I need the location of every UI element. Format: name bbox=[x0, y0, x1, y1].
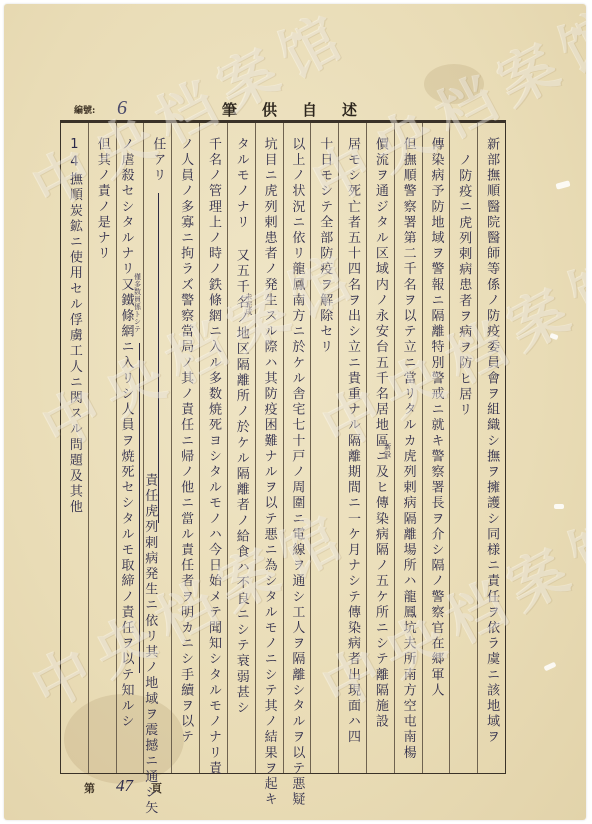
handwritten-line: 千名ノ管理上ノ時ノ鉄條網ニ入ル多数焼死ヨシタルモノハ今日始メテ聞知シタルモノナリ… bbox=[207, 137, 220, 777]
title-char: 述 bbox=[342, 99, 357, 120]
manuscript-column: 但其ノ責ノ是ナリ bbox=[88, 123, 116, 773]
margin-annotation: 僅多数員係トシテ bbox=[132, 273, 142, 333]
manuscript-column: ノ人員ノ多寡ニ拘ラズ警察當局ノ其ノ責任ニ帰ノ他ニ當ル責任者ヲ明カニシ手續ヲ以テ bbox=[171, 123, 199, 773]
handwritten-line: 十日モシテ全部防疫ヲ解除セリ bbox=[318, 137, 331, 355]
manuscript-column: 但撫順警察署第二千名ヲ以テ立ニ當リタルカ虎列剌病隔離場所ハ龍鳳坑夫所南方空屯南楊 bbox=[394, 123, 422, 773]
manuscript-column: 居モシ死亡者五十四名ヲ出シ立ニ貴重ナル隔離期間ニ一ケ月ナシテ傳染病者出現面ハ四 bbox=[338, 123, 366, 773]
handwritten-line: 14撫順炭鉱ニ使用セル俘虜工人ニ関スル問題及其他 bbox=[68, 137, 81, 515]
manuscript-column: 任アリ責任虎列剌病発生ニ依リ其ノ地域ヲ震撼ニ通シ矢 bbox=[143, 123, 171, 773]
document-title: 筆 供 自 述 bbox=[222, 99, 357, 120]
manuscript-column: タルモノナリ 又五千名ノ地区隔離所ノ於ケル隔離者ノ給食ハ不良ニシテ衰弱甚シ未完成 bbox=[227, 123, 255, 773]
title-char: 筆 bbox=[222, 99, 237, 120]
manuscript-column: 千名ノ管理上ノ時ノ鉄條網ニ入ル多数焼死ヨシタルモノハ今日始メテ聞知シタルモノナリ… bbox=[199, 123, 227, 773]
manuscript-column: ノ防疫ニ虎列剌病患者ヲ病ヲ防ヒ居リ bbox=[449, 123, 477, 773]
paper-damage bbox=[555, 180, 570, 189]
page-number: 47 bbox=[116, 776, 133, 796]
page-prefix: 第 bbox=[84, 780, 95, 796]
paper-damage bbox=[554, 504, 564, 509]
handwritten-line: 任アリ bbox=[151, 137, 164, 184]
title-char: 自 bbox=[302, 99, 317, 120]
handwritten-line: 價流ヲ通ジタル区域内ノ永安台五千名居地區ニ及ヒ傳染病隔ノ五ケ所ニシテ離隔施設 bbox=[374, 137, 387, 730]
bracket-line bbox=[158, 193, 160, 523]
serial-label: 編號: bbox=[74, 103, 95, 116]
handwritten-line: 責任虎列剌病発生ニ依リ其ノ地域ヲ震撼ニ通シ矢 bbox=[143, 473, 156, 816]
serial-value: 6 bbox=[117, 97, 127, 120]
handwritten-line: 但其ノ責ノ是ナリ bbox=[96, 137, 109, 262]
handwritten-line: 居モシ死亡者五十四名ヲ出シ立ニ貴重ナル隔離期間ニ一ケ月ナシテ傳染病者出現面ハ四 bbox=[346, 137, 359, 745]
paper-damage bbox=[549, 333, 558, 340]
handwritten-line: 以上ノ状況ニ依リ龍鳳南方ニ於ケル舎宅七十戸ノ周圍ニ電線ヲ通シ工人ヲ隔離シタルヲ以… bbox=[290, 137, 303, 808]
document-page: 中央档案馆 中央档案馆 中央档案馆 中央档案馆 中央档案馆 中央档案馆 編號: … bbox=[4, 4, 586, 820]
margin-annotation: 新設 bbox=[383, 443, 393, 458]
manuscript-column: 傳染病予防地域ヲ警報ニ隔離特別警戒ニ就キ警察署長ヲ介シ隔ノ警察官在郷軍人 bbox=[422, 123, 450, 773]
manuscript-grid: 新部撫順醫院醫師等係ノ防疫委員會ヲ組織シ撫ヲ擁護シ同様ニ責任ヲ依ラ虞ニ該地域ヲノ… bbox=[60, 122, 506, 774]
handwritten-line: ノ防疫ニ虎列剌病患者ヲ病ヲ防ヒ居リ bbox=[457, 153, 470, 418]
manuscript-column: 14撫順炭鉱ニ使用セル俘虜工人ニ関スル問題及其他 bbox=[61, 123, 88, 773]
handwritten-line: 但撫順警察署第二千名ヲ以テ立ニ當リタルカ虎列剌病隔離場所ハ龍鳳坑夫所南方空屯南楊 bbox=[402, 137, 415, 761]
manuscript-column: 坑目ニ虎列剌患者ノ発生スル際ハ其防疫困難ナルヲ以テ悪ニ為シタルモノニシテ其ノ結果… bbox=[255, 123, 283, 773]
document-header: 編號: 6 筆 供 自 述 bbox=[4, 97, 586, 121]
title-char: 供 bbox=[262, 99, 277, 120]
handwritten-line: ノ虐殺セシタルナリ又鐵條網ニ入リシ人員ヲ焼死セシタルモ取締ノ責任ヲ以テ知ルシ bbox=[120, 137, 133, 730]
manuscript-column: 價流ヲ通ジタル区域内ノ永安台五千名居地區ニ及ヒ傳染病隔ノ五ケ所ニシテ離隔施設新設 bbox=[366, 123, 394, 773]
handwritten-line: 傳染病予防地域ヲ警報ニ隔離特別警戒ニ就キ警察署長ヲ介シ隔ノ警察官在郷軍人 bbox=[429, 137, 442, 699]
manuscript-column: 新部撫順醫院醫師等係ノ防疫委員會ヲ組織シ撫ヲ擁護シ同様ニ責任ヲ依ラ虞ニ該地域ヲ bbox=[477, 123, 505, 773]
margin-annotation: 未完成 bbox=[244, 293, 254, 316]
paper-damage bbox=[544, 662, 557, 672]
manuscript-column: 十日モシテ全部防疫ヲ解除セリ bbox=[310, 123, 338, 773]
manuscript-column: 以上ノ状況ニ依リ龍鳳南方ニ於ケル舎宅七十戸ノ周圍ニ電線ヲ通シ工人ヲ隔離シタルヲ以… bbox=[283, 123, 311, 773]
handwritten-line: ノ人員ノ多寡ニ拘ラズ警察當局ノ其ノ責任ニ帰ノ他ニ當ル責任者ヲ明カニシ手續ヲ以テ bbox=[179, 137, 192, 745]
handwritten-line: タルモノナリ 又五千名ノ地区隔離所ノ於ケル隔離者ノ給食ハ不良ニシテ衰弱甚シ bbox=[235, 137, 248, 716]
handwritten-line: 坑目ニ虎列剌患者ノ発生スル際ハ其防疫困難ナルヲ以テ悪ニ為シタルモノニシテ其ノ結果… bbox=[263, 137, 276, 808]
table-top-rule bbox=[60, 120, 506, 122]
handwritten-line: 新部撫順醫院醫師等係ノ防疫委員會ヲ組織シ撫ヲ擁護シ同様ニ責任ヲ依ラ虞ニ該地域ヲ bbox=[485, 137, 498, 745]
bracket-line bbox=[139, 343, 141, 673]
manuscript-column: ノ虐殺セシタルナリ又鐵條網ニ入リシ人員ヲ焼死セシタルモ取締ノ責任ヲ以テ知ルシ僅多… bbox=[116, 123, 144, 773]
